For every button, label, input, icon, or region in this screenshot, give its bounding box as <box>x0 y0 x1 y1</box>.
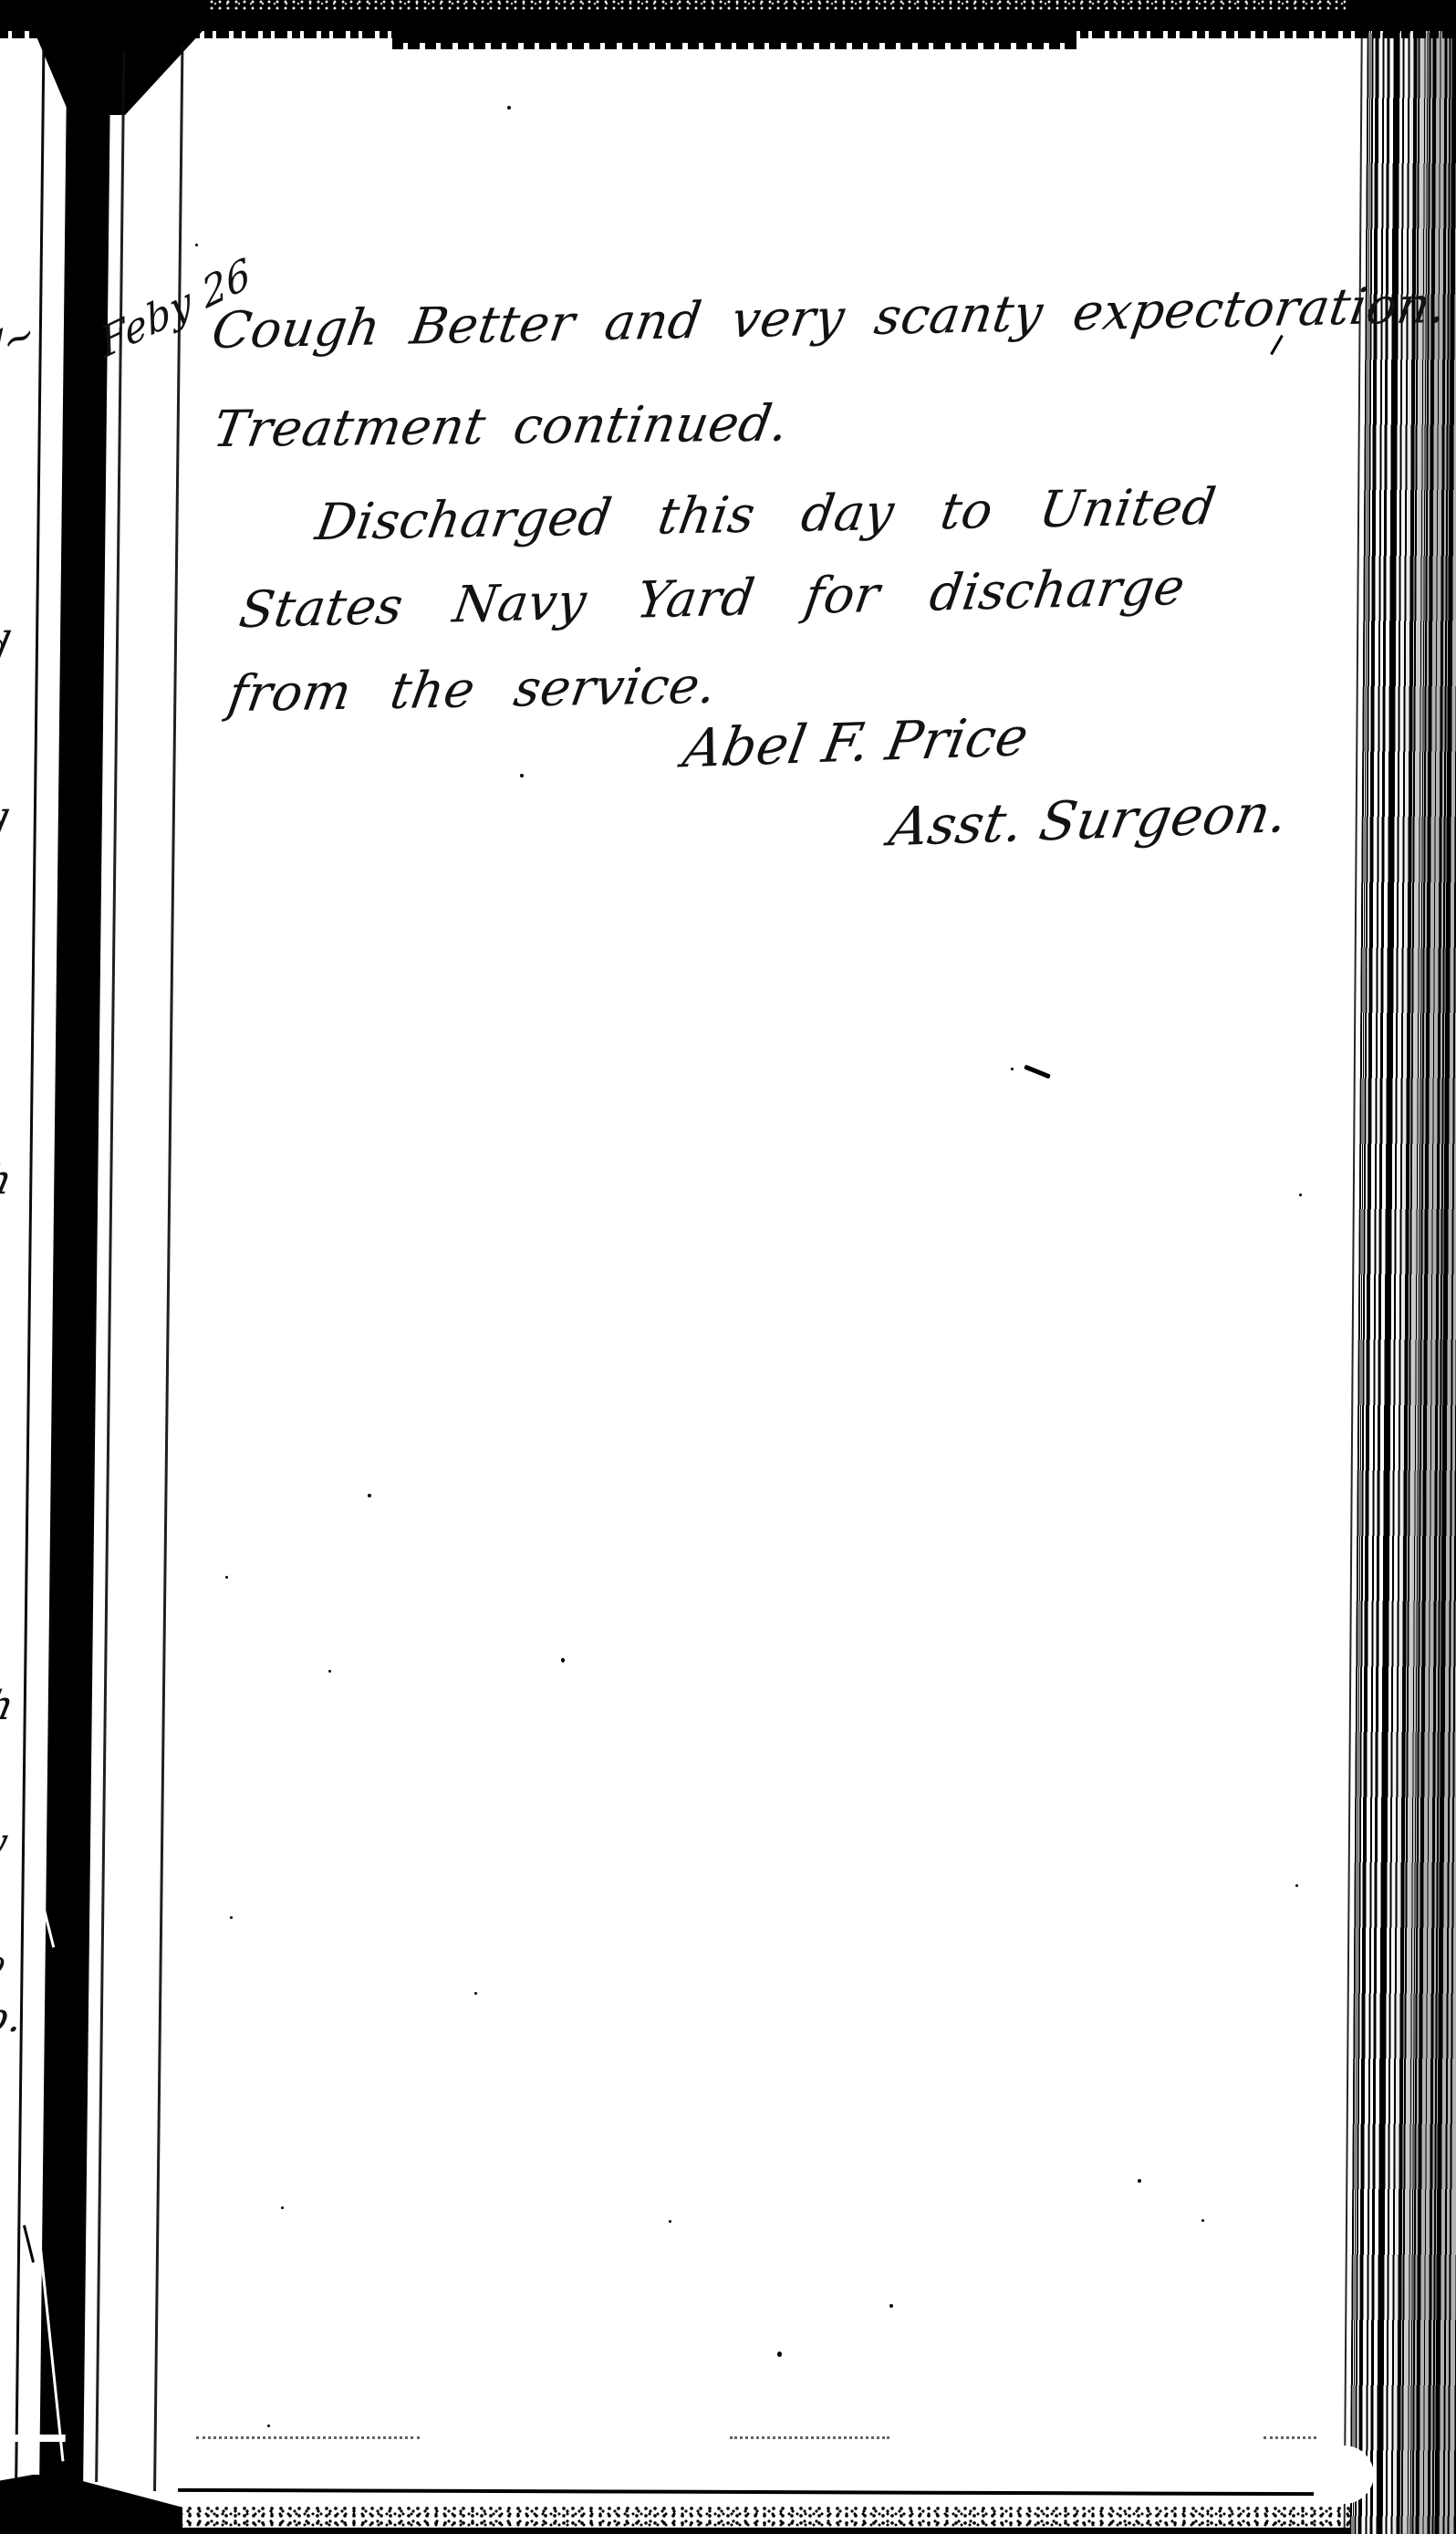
page-fragment: o <box>0 1945 9 1983</box>
ink-speck <box>474 1992 477 1995</box>
page-fragment: d <box>0 803 13 850</box>
page-fragment: b. <box>0 1995 27 2041</box>
fore-edge-stack <box>0 0 1456 2534</box>
ink-speck <box>42 2400 45 2403</box>
scanned-ledger-page: /~ d d r h h y r o b. Feby 26 Cough Bett… <box>0 0 1456 2534</box>
page-fragment: h <box>0 1683 18 1729</box>
dotted-rule-segment <box>196 2436 420 2439</box>
ink-speck <box>1011 1068 1014 1070</box>
ink-speck <box>328 1670 331 1673</box>
ink-speck <box>561 1658 565 1663</box>
ink-speck <box>1201 2219 1204 2222</box>
bottom-ink-band <box>169 2506 1350 2534</box>
page-fragment: d <box>0 624 15 671</box>
ink-speck <box>777 2352 782 2357</box>
page-fragment: y <box>0 1820 11 1866</box>
ink-speck <box>281 2206 284 2209</box>
ink-speck <box>889 2304 893 2308</box>
top-ink-band-speckle <box>210 0 1346 10</box>
page-fragment: /~ <box>0 308 39 373</box>
ink-speck <box>230 1916 233 1919</box>
ink-speck <box>267 2425 270 2427</box>
dotted-rule-segment <box>1264 2436 1316 2439</box>
page-fragment: r <box>0 863 1 903</box>
top-ink-band-lump <box>392 31 1076 43</box>
page-fragment: h <box>0 1157 16 1204</box>
ink-speck <box>1138 2179 1141 2183</box>
entry-line-2: Treatment continued. <box>209 393 793 458</box>
ink-speck <box>1295 1884 1298 1887</box>
top-ink-band-lump-edge <box>392 43 1076 49</box>
ink-speck <box>520 774 524 777</box>
ink-speck <box>1299 1194 1302 1196</box>
ink-speck <box>225 1576 228 1579</box>
previous-page-fragments: /~ d d r h h y r o b. <box>0 0 42 2534</box>
signature-name: Abel F. Price <box>679 705 1034 780</box>
ink-speck <box>669 2220 671 2223</box>
ink-speck <box>507 106 511 109</box>
book-fore-edge-texture <box>1350 0 1456 2534</box>
entry-line-5: from the service. <box>224 656 721 724</box>
fore-edge-white-pocket <box>1314 2445 1374 2504</box>
ink-speck <box>368 1494 371 1497</box>
ink-speck <box>195 244 198 246</box>
dotted-rule-segment <box>730 2436 889 2439</box>
